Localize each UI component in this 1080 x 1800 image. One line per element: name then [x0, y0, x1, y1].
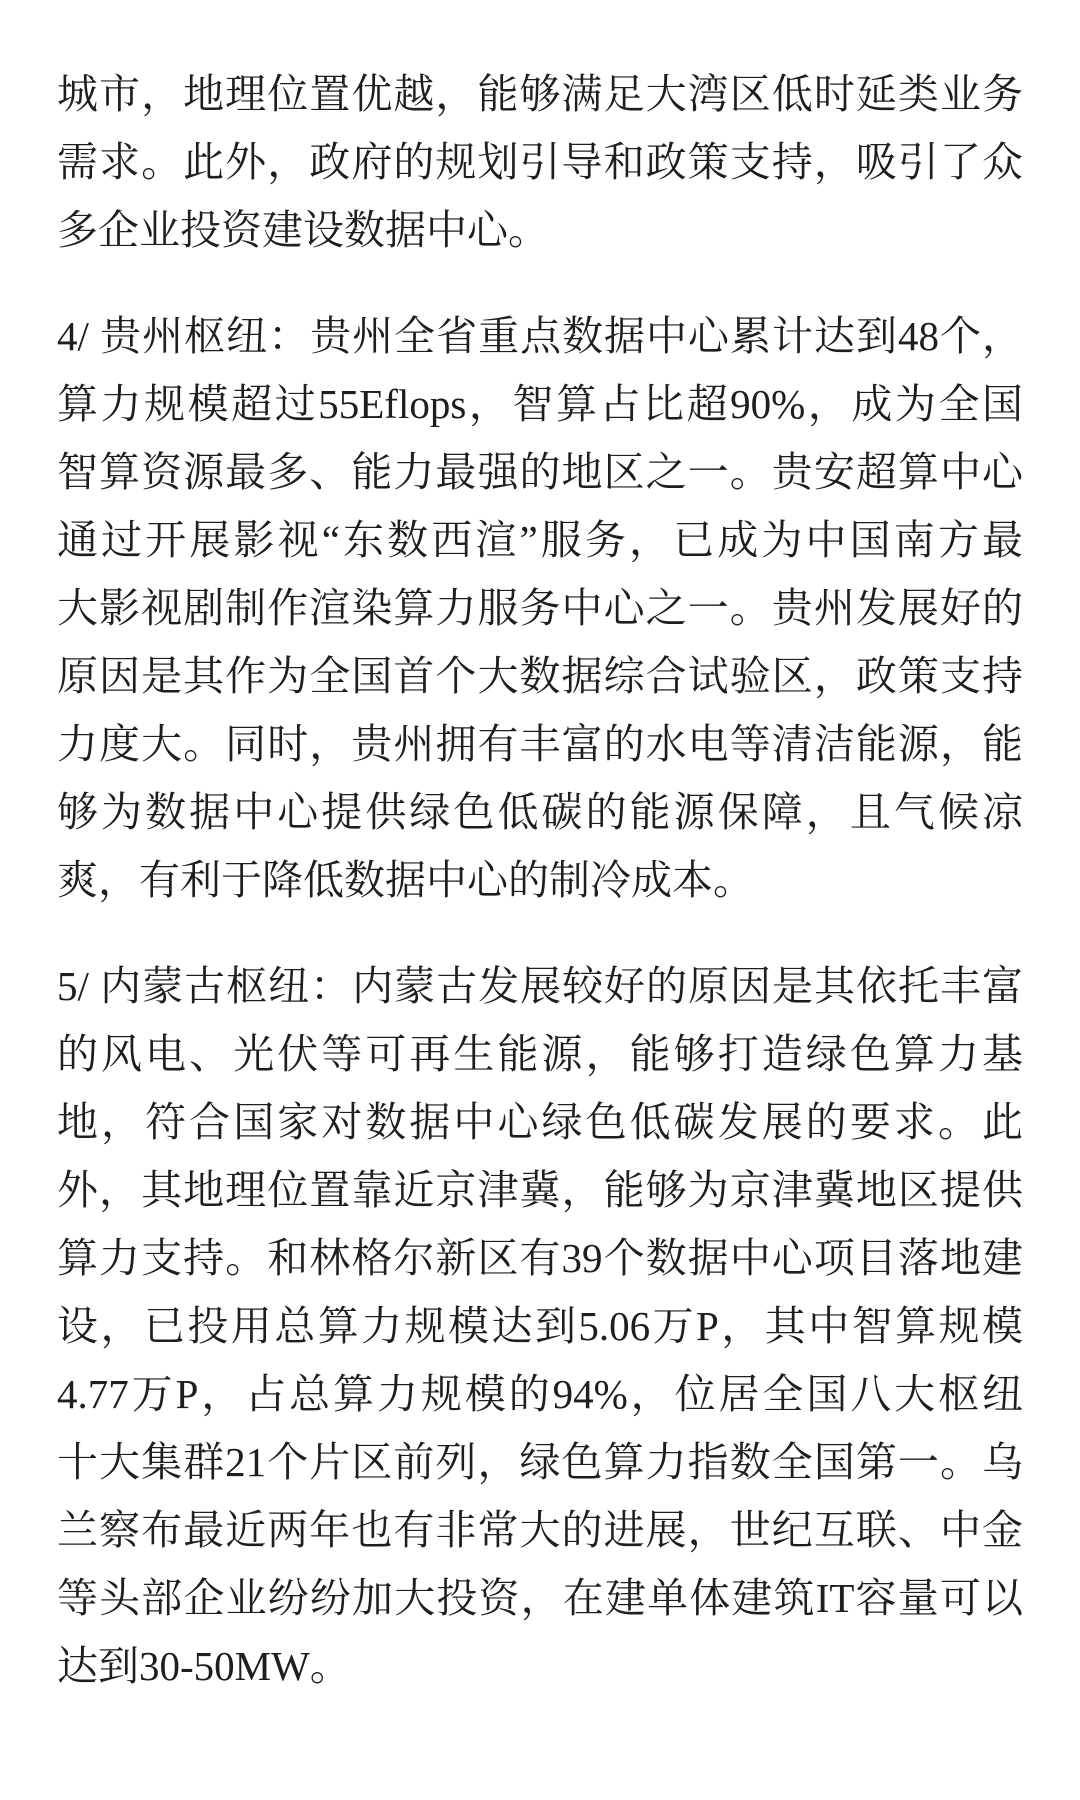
text-line: 城市，地理位置优越，能够满足大湾区低时延类业务: [57, 60, 1023, 128]
text-line: 力度大。同时，贵州拥有丰富的水电等清洁能源，能: [57, 710, 1023, 778]
text-line: 等头部企业纷纷加大投资，在建单体建筑IT容量可以: [57, 1564, 1023, 1632]
text-line: 够为数据中心提供绿色低碳的能源保障，且气候凉: [57, 778, 1023, 846]
text-line: 十大集群21个片区前列，绿色算力指数全国第一。乌: [57, 1428, 1023, 1496]
article-body: 城市，地理位置优越，能够满足大湾区低时延类业务需求。此外，政府的规划引导和政策支…: [0, 0, 1080, 1700]
text-line: 原因是其作为全国首个大数据综合试验区，政策支持: [57, 642, 1023, 710]
text-line: 智算资源最多、能力最强的地区之一。贵安超算中心: [57, 438, 1023, 506]
article-page: 城市，地理位置优越，能够满足大湾区低时延类业务需求。此外，政府的规划引导和政策支…: [0, 0, 1080, 1800]
text-line: 多企业投资建设数据中心。: [57, 196, 1023, 264]
text-line: 爽，有利于降低数据中心的制冷成本。: [57, 846, 1023, 914]
text-line: 通过开展影视“东数西渲”服务，已成为中国南方最: [57, 506, 1023, 574]
text-line: 达到30-50MW。: [57, 1632, 1023, 1700]
text-line: 外，其地理位置靠近京津冀，能够为京津冀地区提供: [57, 1156, 1023, 1224]
text-line: 4/ 贵州枢纽：贵州全省重点数据中心累计达到48个，: [57, 302, 1023, 370]
text-line: 兰察布最近两年也有非常大的进展，世纪互联、中金: [57, 1496, 1023, 1564]
text-line: 5/ 内蒙古枢纽：内蒙古发展较好的原因是其依托丰富: [57, 952, 1023, 1020]
text-line: 地，符合国家对数据中心绿色低碳发展的要求。此: [57, 1088, 1023, 1156]
paragraph: 4/ 贵州枢纽：贵州全省重点数据中心累计达到48个，算力规模超过55Eflops…: [57, 302, 1023, 914]
text-line: 需求。此外，政府的规划引导和政策支持，吸引了众: [57, 128, 1023, 196]
paragraph: 城市，地理位置优越，能够满足大湾区低时延类业务需求。此外，政府的规划引导和政策支…: [57, 60, 1023, 264]
text-line: 的风电、光伏等可再生能源，能够打造绿色算力基: [57, 1020, 1023, 1088]
text-line: 算力规模超过55Eflops，智算占比超90%，成为全国: [57, 370, 1023, 438]
text-line: 4.77万P，占总算力规模的94%，位居全国八大枢纽: [57, 1360, 1023, 1428]
text-line: 算力支持。和林格尔新区有39个数据中心项目落地建: [57, 1224, 1023, 1292]
text-line: 设，已投用总算力规模达到5.06万P，其中智算规模: [57, 1292, 1023, 1360]
text-line: 大影视剧制作渲染算力服务中心之一。贵州发展好的: [57, 574, 1023, 642]
paragraph: 5/ 内蒙古枢纽：内蒙古发展较好的原因是其依托丰富的风电、光伏等可再生能源，能够…: [57, 952, 1023, 1700]
